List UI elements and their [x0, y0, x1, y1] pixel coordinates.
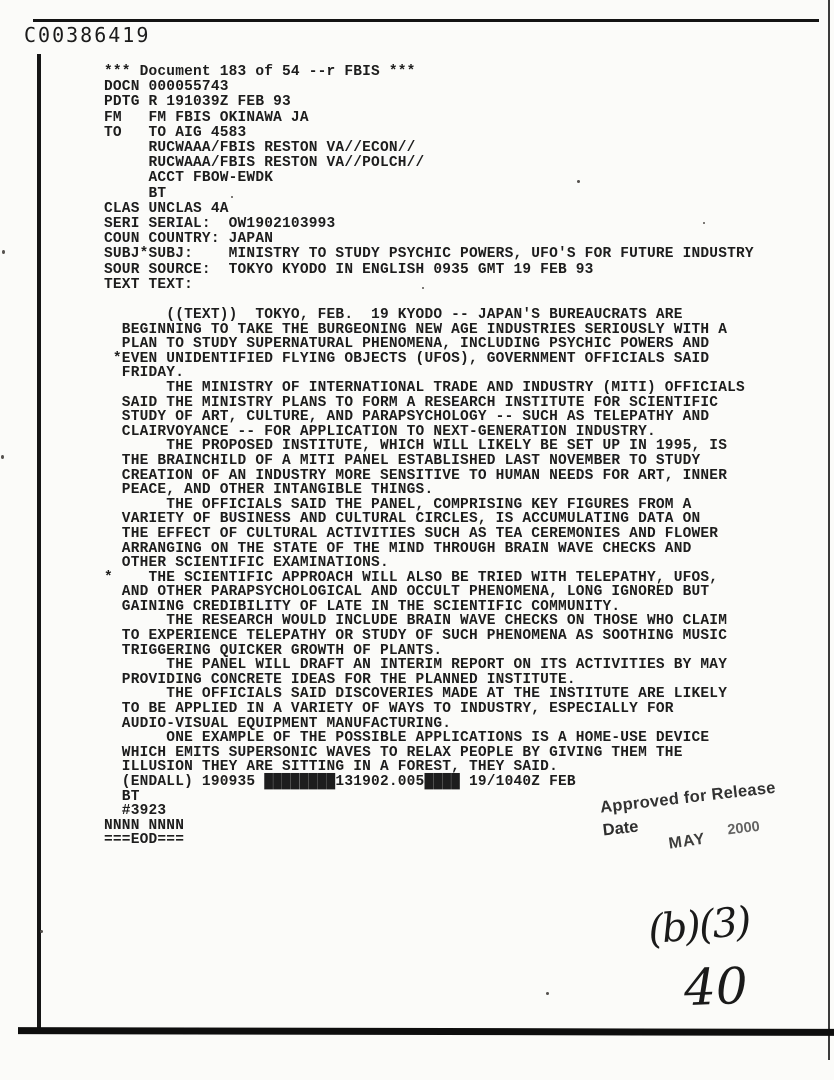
handwritten-exemption-code: (b)(3) — [646, 899, 751, 954]
scan-speckle — [2, 250, 5, 254]
right-border-line — [828, 0, 830, 1060]
stamp-date-label: Date — [602, 818, 640, 841]
scan-speckle — [1, 455, 4, 459]
scan-speckle — [546, 992, 549, 995]
bottom-border-line — [18, 1027, 834, 1036]
scan-speckle — [231, 196, 233, 198]
scan-speckle — [40, 930, 43, 933]
message-header: *** Document 183 of 54 --r FBIS *** DOCN… — [104, 65, 754, 293]
scan-id: C00386419 — [24, 23, 150, 47]
stamp-month: MAY — [668, 831, 707, 854]
scan-speckle — [703, 222, 705, 224]
scan-speckle — [422, 287, 424, 289]
message-body: ((TEXT)) TOKYO, FEB. 19 KYODO -- JAPAN'S… — [104, 308, 745, 848]
stamp-year: 2000 — [727, 819, 761, 839]
scanned-document-page: C00386419 *** Document 183 of 54 --r FBI… — [0, 0, 834, 1080]
top-border-line — [33, 19, 819, 22]
handwritten-page-number: 40 — [683, 957, 749, 1017]
scan-speckle — [577, 180, 580, 183]
left-border-line — [37, 54, 41, 1032]
